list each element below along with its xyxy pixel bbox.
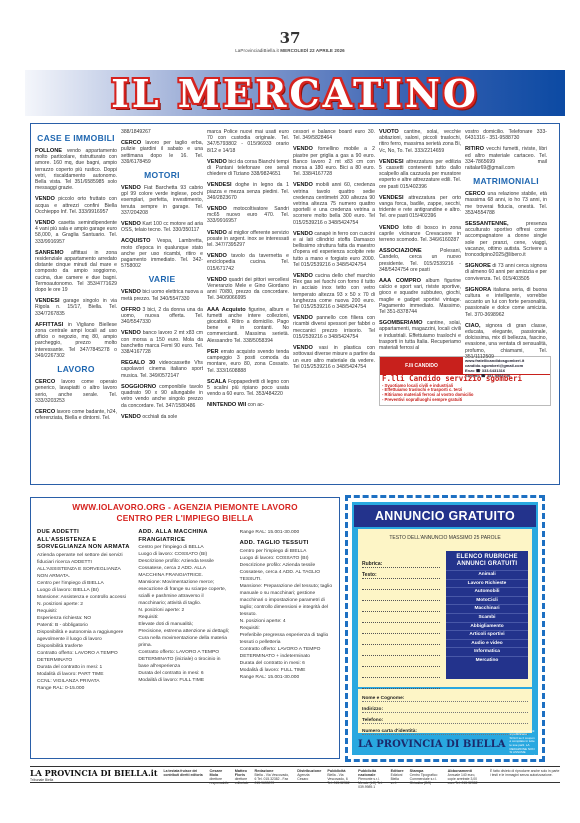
classified-ad: ACQUISTO Vespa, Lambretta, moto d'epoca …	[121, 238, 203, 269]
form-body: TESTO DELL'ANNUNCIO MASSIMO 25 PAROLE Ru…	[358, 529, 532, 687]
classified-ad: VENDO cucina dello chef marchio Rex gas …	[293, 273, 375, 310]
banner-title: IL MERCATINO	[111, 71, 479, 116]
jobs-title-line1[interactable]: WWW.IOLAVORO.ORG - AGENZIA PIEMONTE LAVO…	[37, 502, 333, 513]
footer-legal-note: La testata fruisce dei contributi dirett…	[164, 769, 204, 782]
job-detail: Range RAL: 15.001-30.000	[240, 674, 333, 681]
job-detail: Requisiti:	[138, 614, 231, 621]
footer-block: StampaCentro Tipografico Commerciale s.r…	[410, 769, 442, 782]
classified-ad: VENDESI doghe in legno da 1 piazza e mez…	[207, 182, 289, 201]
ad-lead: VENDO	[293, 146, 313, 152]
classified-ad: CERCO lavoro per taglio erba, pulizie gi…	[121, 140, 203, 165]
section-heading: LAVORO	[35, 364, 117, 374]
ad-lead: VENDO	[207, 253, 227, 259]
ad-lead: VENDO	[293, 273, 313, 279]
rubriche-list: ELENCO RUBRICHE ANNUNCI GRATUITI Animali…	[446, 551, 528, 679]
classified-ad: POLLONE vendo appartamento molto partico…	[35, 148, 117, 191]
ad-text: presenza acculturato sportivo offresi co…	[465, 221, 547, 258]
classified-ad: VENDO piccolo orto fruttato con acqua e …	[35, 196, 117, 215]
job-detail: Range RAL: 0-15.000	[37, 685, 130, 692]
rubrica-option[interactable]: Animali	[446, 570, 528, 579]
ad-text: vendo appartamento molto particolare, ri…	[35, 148, 117, 191]
rubrica-option[interactable]: Audio e video	[446, 639, 528, 648]
rubrica-option[interactable]: Mercatino	[446, 656, 528, 665]
classified-ad: NINTENDO WII con ac-	[207, 402, 289, 408]
ad-text: signora di gran classe, educata, elegant…	[465, 323, 547, 360]
job-detail: Precisione, estrema attenzione ai dettag…	[138, 628, 231, 635]
job-detail: Centro per l'impiego di BELLA	[138, 544, 231, 551]
footer-logo-block: LA PROVINCIA DI BIELLA.it Tribunale Biel…	[30, 769, 158, 782]
rubriche-title-1: ELENCO RUBRICHE	[446, 554, 528, 561]
newspaper-logo: LA PROVINCIA DI BIELLA	[358, 739, 506, 750]
name-field[interactable]: Nome e Cognome:	[362, 691, 528, 702]
text-line[interactable]	[362, 623, 440, 634]
address-field[interactable]: Indirizzo:	[362, 702, 528, 713]
job-listings-box: WWW.IOLAVORO.ORG - AGENZIA PIEMONTE LAVO…	[30, 497, 340, 759]
jobs-columns: DUE ADDETTI ALL'ASSISTENZA E SORVEGLIANZ…	[37, 529, 333, 692]
phone-field[interactable]: Telefono:	[362, 713, 528, 724]
classified-ad: VENDESI garage singolo in via Rigola n. …	[35, 298, 117, 317]
classified-ad: VENDO pannello con filiera con ricambi d…	[293, 315, 375, 340]
rubrica-option[interactable]: Scambi	[446, 613, 528, 622]
footer-blocks: Cesare Moladirettore responsabileMatteo …	[210, 769, 484, 782]
ad-lead: VENDO	[121, 289, 141, 295]
classifieds-columns: CASE E IMMOBILIPOLLONE vendo appartament…	[35, 129, 555, 484]
classified-ad: SIGNORE di 73 anni cerca signora di alme…	[465, 263, 547, 282]
classified-ad: cessori e balance board euro 30. Tel. 34…	[293, 129, 375, 141]
section-heading: CASE E IMMOBILI	[35, 133, 117, 143]
job-detail: Contratto offerto: LAVORO A TEMPO DETERM…	[37, 650, 130, 664]
footer-block: DistribuzioneAgenzia Cesaro	[297, 769, 321, 782]
masthead-footer: LA PROVINCIA DI BIELLA.it Tribunale Biel…	[30, 766, 560, 783]
personal-data-section: Nome e Cognome: Indirizzo: Telefono: Num…	[358, 689, 532, 733]
ad-text: in Vigliano Biellese zona centrale ampi …	[35, 322, 117, 359]
text-line[interactable]	[362, 634, 440, 645]
section-heading: MATRIMONIALI	[465, 176, 547, 186]
rubriche-items: AnimaliLavoro RichiesteAutomobiliMotoCic…	[446, 570, 528, 665]
classified-ad: 388/1849267	[121, 129, 203, 135]
job-detail: Mansione: Preparazione del tessuto; tagl…	[240, 583, 333, 618]
free-ad-form: ANNUNCIO GRATUITO TESTO DELL'ANNUNCIO MA…	[345, 495, 545, 762]
job-detail: Requisiti:	[37, 608, 130, 615]
ad-lead: VENDO	[207, 159, 227, 165]
job-detail: N. posizioni aperte: 4	[240, 618, 333, 625]
job-detail: Centro per l'impiego di BIELLA	[240, 548, 333, 555]
ad-lead: PER	[207, 349, 219, 355]
ad-lead: REGALO 30	[121, 360, 155, 366]
ad-lead: VENDO	[293, 231, 313, 237]
classified-ad: ASSOCIAZIONE Polesani, Candelo, cerca un…	[379, 248, 461, 273]
ad-lead: VENDO	[379, 225, 399, 231]
footer-block: AbbonamentiAnnuale 140 euro, copie arret…	[448, 769, 484, 782]
classified-ad: SGOMBERIAMO cantine, solai, appartamenti…	[379, 320, 461, 351]
classified-ad: SIGNORA italiana seria, di buona cultura…	[465, 287, 547, 318]
phone-label: Telefono:	[362, 718, 383, 723]
job-range: Range RAL: 15.001-30.000	[240, 529, 333, 536]
address-label: Indirizzo:	[362, 707, 383, 712]
testo-field[interactable]: Testo:	[362, 568, 440, 579]
job-heading: ADD. TAGLIO TESSUTI	[240, 540, 333, 548]
ad-lead: AAA COMPRO	[379, 278, 421, 284]
job-detail: Elevate doti di manualità;	[138, 621, 231, 628]
form-footer: LA PROVINCIA DI BIELLA Gli annunci gratu…	[358, 735, 532, 753]
ad-lead: CERCO	[121, 140, 141, 146]
job-detail: Luogo di lavoro: COSSATO (BI)	[138, 551, 231, 558]
ad-lead: VENDO	[207, 206, 227, 212]
job-detail: CCNL: VIGILANZA PRIVATA	[37, 678, 130, 685]
rubrica-option[interactable]: Abbigliamento	[446, 622, 528, 631]
page-header: 37 LaProvinciadiBiella.it MERCOLEDÌ 22 A…	[0, 30, 580, 53]
classified-ad: REGALO 30 videocassette Vhs capolavori c…	[121, 360, 203, 379]
page-number: 37	[0, 30, 580, 46]
rubrica-option[interactable]: Automobili	[446, 587, 528, 596]
classified-ad: OFFRO 3 bici, 2 da donna una da uomo, nu…	[121, 307, 203, 326]
job-detail: Mansione: Movimentazione merce; esecuzio…	[138, 579, 231, 607]
classified-ad: VENDO Fiat Barchetta 93 cabrio gpl 99 co…	[121, 185, 203, 216]
classifieds-column: cessori e balance board euro 30. Tel. 34…	[293, 129, 375, 484]
ad-text: marca Police nuovi mai usati euro 70 con…	[207, 129, 289, 154]
job-detail: Contratto offerto: LAVORO A TEMPO DETERM…	[138, 649, 231, 670]
testo-label: Testo:	[362, 572, 377, 578]
job-detail: Preferibile pregressa esperienza di tagl…	[240, 632, 333, 646]
classified-ad: SOGGIORNO componibile tavolo quadrato 90…	[121, 384, 203, 409]
classified-ad: VENDO bici da corsa Bianchi tempi di Pan…	[207, 159, 289, 178]
ad-lead: VENDO	[121, 185, 141, 191]
form-note: Gli annunci gratuiti si pubblicano SOLO …	[510, 730, 536, 759]
classified-ad: VENDO bici uomo elettrica nuova a metà p…	[121, 289, 203, 301]
ad-lead: AFFITTASI	[35, 322, 63, 328]
dateline: LaProvinciadiBiella.it MERCOLEDÌ 22 APRI…	[0, 48, 580, 53]
rubriche-heading: ELENCO RUBRICHE ANNUNCI GRATUITI	[446, 551, 528, 570]
ad-lead: CERCO	[35, 379, 55, 385]
section-heading: VARIE	[121, 274, 203, 284]
ad-lead: VENDO	[207, 230, 227, 236]
ad-lead: VENDESI	[207, 182, 232, 188]
ad-text: canapè in ferro con cuscini e ai lati ci…	[293, 231, 375, 268]
ad-lead: OFFRO	[121, 307, 141, 313]
ad-text: mobili anni 60, credenza vetrina tavolo …	[293, 182, 375, 225]
job-detail: Modalità di lavoro: FULL TIME	[138, 677, 231, 684]
text-line[interactable]	[362, 656, 440, 667]
footer-block-title: Matteo Floris	[235, 769, 249, 777]
footer-block-text: Piemonte s.r.l. Merate (LC) Tel. 039.998…	[358, 777, 382, 789]
ad-lead: SGOMBERIAMO	[379, 320, 423, 326]
ad-lead: POLLONE	[35, 148, 62, 154]
text-line[interactable]	[362, 645, 440, 656]
classified-ad: VENDESI attrezzatura per orto vanga forc…	[379, 195, 461, 220]
text-line[interactable]	[362, 601, 440, 612]
ad-lead: SIGNORA	[465, 287, 491, 293]
footer-block-text: Agenzia Cesaro	[297, 773, 309, 781]
footer-block: Cesare Moladirettore responsabile	[210, 769, 229, 782]
footer-block-text: direttore editoriale	[235, 777, 249, 785]
classifieds-column: marca Police nuovi mai usati euro 70 con…	[207, 129, 289, 484]
job-column: ADD. ALLA MACCHINA FRANGIATRICECentro pe…	[138, 529, 231, 692]
classified-ad: VENDO banco lavoro 2 mt x83 cm con morsa…	[121, 330, 203, 355]
footer-block-title: Pubblicità nazionale	[358, 769, 384, 777]
job-detail: Luogo di lavoro: COSSATO (BI)	[240, 555, 333, 562]
ad-lead: VENDO	[293, 345, 313, 351]
ad-lead: RITIRO	[465, 146, 484, 152]
classifieds-column: VUOTO cantine, solai, vecchie abitazioni…	[379, 129, 461, 484]
classifieds-column: 388/1849267CERCO lavoro per taglio erba,…	[121, 129, 203, 484]
ad-lead: VENDESI	[35, 298, 60, 304]
job-detail: Disponibilità trasferte	[37, 643, 130, 650]
job-detail: Mansione: Assistenza e controllo accessi	[37, 594, 130, 601]
id-card-field[interactable]: Numero carta d'identità:	[362, 724, 528, 735]
footer-block-text: Edizioni Biella s.r.l.	[391, 773, 403, 785]
ad-lead: SOGGIORNO	[121, 384, 156, 390]
text-line[interactable]	[362, 667, 440, 678]
rubrica-option[interactable]: Articoli sportivi	[446, 630, 528, 639]
ad-text: figurine, album e fumetti anche intere c…	[207, 307, 289, 344]
ad-lead: VENDO	[35, 220, 55, 226]
job-detail: Modalità di lavoro: FULL TIME	[240, 667, 333, 674]
job-detail: Descrizione profilo: Azienda tessile Cos…	[138, 558, 231, 579]
jobs-title-line2: CENTRO PER L'IMPIEGO BIELLA	[37, 513, 333, 524]
job-column: Range RAL: 15.001-30.000ADD. TAGLIO TESS…	[240, 529, 333, 692]
job-detail: Esperienza richiesta: NO	[37, 615, 130, 622]
classified-ad: VENDO occhiali da sole	[121, 414, 203, 420]
ad-text: affittasi in zona residenziale appartame…	[35, 250, 117, 293]
job-detail: Descrizione profilo: Azienda tessile Cos…	[240, 562, 333, 583]
ad-text: con ac-	[246, 402, 264, 408]
classified-ad: CERCO lavoro come badante, h24, referenz…	[35, 409, 117, 421]
job-detail: Centro per l'impiego di BIELLA	[37, 580, 130, 587]
classified-ad: SESSANTENNE, presenza acculturato sporti…	[465, 221, 547, 258]
mercatino-banner: IL MERCATINO	[25, 70, 565, 116]
job-detail: N. posizioni aperte: 2	[37, 601, 130, 608]
classifieds-box: CASE E IMMOBILIPOLLONE vendo appartament…	[30, 123, 560, 485]
text-line[interactable]	[362, 579, 440, 590]
classified-ad: VENDO tavolo da tavernetta e enciclopedi…	[207, 253, 289, 272]
job-heading: DUE ADDETTI ALL'ASSISTENZA E SORVEGLIANZ…	[37, 529, 130, 552]
text-line[interactable]	[362, 678, 440, 689]
job-detail: Durata del contratto in mesi: 6	[240, 660, 333, 667]
classified-ad: marca Police nuovi mai usati euro 70 con…	[207, 129, 289, 154]
job-detail: Cura nella movimentazione della materia …	[138, 635, 231, 649]
footer-logo: LA PROVINCIA DI BIELLA.it	[30, 769, 158, 778]
footer-disclaimer: È fatto divieto di riprodurre anche solo…	[490, 769, 560, 782]
classified-ad: VENDESI attrezzatura per edilizia 5 cass…	[379, 159, 461, 190]
classified-ad: VENDO Kart 100 cc motore ad aria OSS, te…	[121, 221, 203, 233]
name-label: Nome e Cognome:	[362, 696, 404, 701]
rubrica-option[interactable]: MotoCicli	[446, 596, 528, 605]
footer-block: Matteo Florisdirettore editoriale	[235, 769, 249, 782]
ad-lead: VENDO	[121, 330, 141, 336]
classifieds-column: CASE E IMMOBILIPOLLONE vendo appartament…	[35, 129, 117, 484]
classified-ad: vostro domicilio. Telefonare 333-6431316…	[465, 129, 547, 141]
footer-block: RedazioneBiella - Via Vescovado, 6 Tel. …	[254, 769, 291, 782]
ad-lead: SCALA	[207, 379, 226, 385]
form-frame: ANNUNCIO GRATUITO TESTO DELL'ANNUNCIO MA…	[352, 502, 538, 755]
footer-block-text: Biella - Via Vescovado, 6 Tel. 015.32382…	[254, 773, 289, 785]
classified-ad: PER errato acquisto svendo tenda campegg…	[207, 349, 289, 374]
rubrica-field[interactable]: Rubrica:	[362, 557, 440, 568]
ad-lead: VENDO	[207, 277, 227, 283]
job-detail: Disponibilità e autonomia a raggiungere …	[37, 629, 130, 643]
job-detail: Durata del contratto in mesi: 6	[138, 670, 231, 677]
classified-ad: RITIRO vecchi fumetti, riviste, libri ed…	[465, 146, 547, 171]
job-detail: N. posizioni aperte: 2	[138, 607, 231, 614]
rubrica-option[interactable]: Macchinari	[446, 604, 528, 613]
issue-date: MERCOLEDÌ 22 APRILE 2026	[280, 48, 345, 53]
classified-ad: AAA Acquisto figurine, album e fumetti a…	[207, 307, 289, 344]
classified-ad: VENDO canapè in ferro con cuscini e ai l…	[293, 231, 375, 268]
classified-ad: VENDO quadri dei pittori vercellesi Vene…	[207, 277, 289, 302]
form-text-lines: Rubrica: Testo:	[362, 557, 440, 689]
classified-ad: VUOTO cantine, solai, vecchie abitazioni…	[379, 129, 461, 154]
ad-text: cessori e balance board euro 30. Tel. 34…	[293, 129, 375, 141]
ad-lead: VUOTO	[379, 129, 399, 135]
ad-lead: CERCO	[35, 409, 55, 415]
job-detail: Azienda operante nel settore dei servizi…	[37, 552, 130, 580]
job-detail: Luogo di lavoro: BIELLA (BI)	[37, 587, 130, 594]
ad-lead: SESSANTENNE,	[465, 221, 509, 227]
job-detail: Contratto offerto: LAVORO A TEMPO DETERM…	[240, 646, 333, 660]
job-heading: ADD. ALLA MACCHINA FRANGIATRICE	[138, 529, 231, 544]
form-hint: TESTO DELL'ANNUNCIO MASSIMO 25 PAROLE	[358, 535, 532, 541]
classified-ad: CIAO, signora di gran classe, educata, e…	[465, 323, 547, 360]
ad-lead: ASSOCIAZIONE	[379, 248, 422, 254]
classified-ad: AFFITTASI in Vigliano Biellese zona cent…	[35, 322, 117, 359]
footer-block-text: Centro Tipografico Commerciale s.r.l. Gh…	[410, 773, 438, 785]
classified-ad: VENDO fornellino mobile a 2 piastre per …	[293, 146, 375, 177]
ad-text: album figurine calcio e sport vari, rivi…	[379, 278, 461, 315]
job-detail: Durata del contratto in mesi: 1	[37, 664, 130, 671]
ad-lead: AAA Acquisto	[207, 307, 246, 313]
ad-lead: VENDO	[121, 414, 141, 420]
classified-ad: VENDO motocoltivatore Sandri mc65 nuovo …	[207, 206, 289, 225]
footer-block-text: Annuale 140 euro, copie arretrate 3,00 e…	[448, 773, 478, 785]
ad-lead: VENDO	[35, 196, 55, 202]
job-column: DUE ADDETTI ALL'ASSISTENZA E SORVEGLIANZ…	[37, 529, 130, 692]
sponsor-logo: F.lli CANDIDO	[380, 357, 463, 374]
text-line[interactable]	[362, 590, 440, 601]
rubrica-label: Rubrica:	[362, 561, 382, 567]
ad-lead: CERCO	[465, 191, 485, 197]
job-detail: Modalità di lavoro: PART TIME	[37, 671, 130, 678]
text-line[interactable]	[362, 612, 440, 623]
ad-lead: VENDO	[293, 315, 313, 321]
ad-lead: NINTENDO WII	[207, 402, 246, 408]
footer-block: EditoreEdizioni Biella s.r.l.	[391, 769, 404, 782]
ad-lead: CIAO,	[465, 323, 481, 329]
form-title: ANNUNCIO GRATUITO	[354, 505, 536, 527]
ad-text: 388/1849267	[121, 129, 151, 135]
classified-ad: VENDO casetta semindipendente 4 vani più…	[35, 220, 117, 245]
footer-block-title: Cesare Mola	[210, 769, 229, 777]
classified-ad: VENDO vasi in plastica con sottovasi div…	[293, 345, 375, 370]
footer-registration: Tribunale Biella	[30, 778, 158, 782]
footer-block: PubblicitàBiella - Via Vescovado, 6 Tel.…	[327, 769, 352, 782]
footer-block-text: Biella - Via Vescovado, 6 Tel. 015.32382	[327, 773, 349, 785]
job-detail: Patenti: B - obbligatorio	[37, 622, 130, 629]
rubrica-option[interactable]: Lavoro Richieste	[446, 579, 528, 588]
classifieds-column: vostro domicilio. Telefonare 333-6431316…	[465, 129, 547, 484]
job-detail: Requisiti:	[240, 625, 333, 632]
footer-block-text: direttore responsabile	[210, 777, 229, 785]
classified-ad: VENDO lotto di bosco in zona caprile vic…	[379, 225, 461, 244]
ad-lead: SIGNORE	[465, 263, 491, 269]
classified-ad: CERCO lavoro come operaio generico, lava…	[35, 379, 117, 404]
footer-block: Pubblicità nazionalePiemonte s.r.l. Mera…	[358, 769, 384, 782]
ad-text: vostro domicilio. Telefonare 333-6431316…	[465, 129, 547, 141]
id-card-label: Numero carta d'identità:	[362, 729, 417, 734]
ad-lead: VENDO	[293, 182, 313, 188]
ad-lead: VENDESI	[379, 159, 404, 165]
ad-lead: VENDESI	[379, 195, 404, 201]
ad-lead: VENDO	[121, 221, 141, 227]
section-heading: MOTORI	[121, 170, 203, 180]
classified-ad: AAA COMPRO album figurine calcio e sport…	[379, 278, 461, 315]
ad-text: errato acquisto svendo tenda campeggio 3…	[207, 349, 289, 374]
site-name[interactable]: LaProvinciadiBiella.it	[235, 48, 279, 53]
classified-ad: SCALA Foppapedretti di legno con 5 scali…	[207, 379, 289, 398]
ad-text: occhiali da sole	[141, 414, 177, 420]
classified-ad: VENDO al miglior offerente servizio posa…	[207, 230, 289, 249]
rubriche-title-2: ANNUNCI GRATUITI	[446, 561, 528, 568]
classified-ad: SANREMO affittasi in zona residenziale a…	[35, 250, 117, 293]
rubrica-option[interactable]: Informatica	[446, 647, 528, 656]
ad-lead: SANREMO	[35, 250, 64, 256]
classified-ad: VENDO mobili anni 60, credenza vetrina t…	[293, 182, 375, 225]
ad-lead: ACQUISTO	[121, 238, 150, 244]
classified-ad: CERCO una relazione stabile, età massima…	[465, 191, 547, 216]
ad-text: cucina dello chef marchio Rex gas sei fu…	[293, 273, 375, 310]
